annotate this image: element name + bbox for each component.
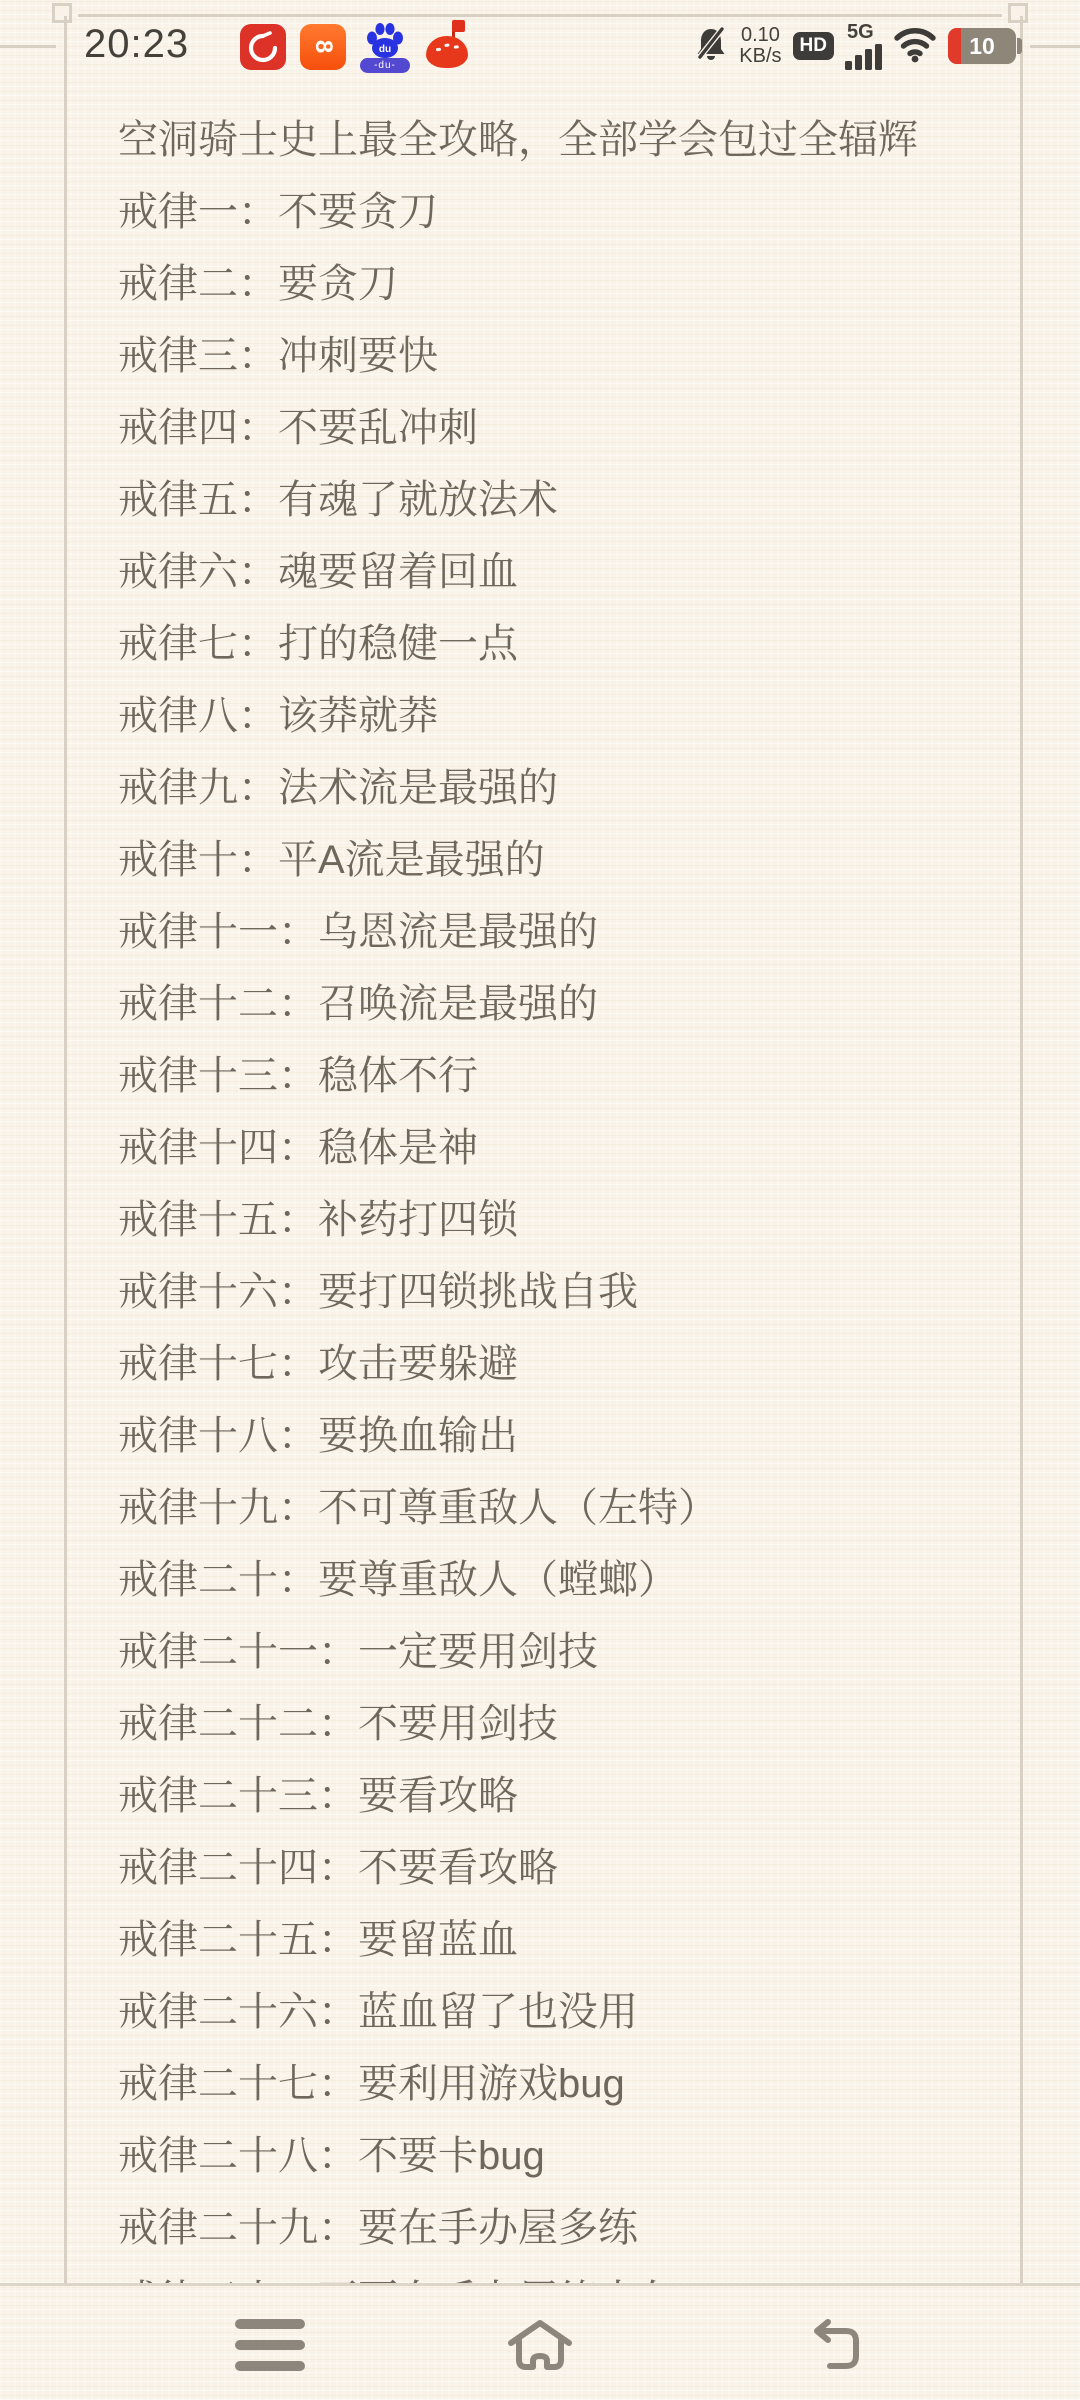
rule-line: 戒律五：有魂了就放法术 bbox=[118, 460, 1020, 532]
baidu-banner: -du- bbox=[360, 58, 410, 73]
rules-list: 戒律一：不要贪刀戒律二：要贪刀戒律三：冲刺要快戒律四：不要乱冲刺戒律五：有魂了就… bbox=[118, 172, 1020, 2283]
status-bar[interactable]: 20:23 8 du -du- bbox=[0, 0, 1080, 84]
recents-button[interactable] bbox=[200, 2286, 340, 2400]
rule-line: 戒律二十五：要留蓝血 bbox=[118, 1900, 1020, 1972]
note-title: 空洞骑士史上最全攻略，全部学会包过全辐辉 bbox=[118, 100, 1020, 172]
navigation-bar bbox=[0, 2283, 1080, 2400]
svg-text:du: du bbox=[379, 44, 391, 55]
menu-icon bbox=[235, 2319, 305, 2371]
bell-muted-icon bbox=[694, 25, 728, 68]
rule-line: 戒律十一：乌恩流是最强的 bbox=[118, 892, 1020, 964]
rule-line: 戒律二十七：要利用游戏bug bbox=[118, 2044, 1020, 2116]
netease-music-icon bbox=[240, 24, 286, 70]
network-type-label: 5G bbox=[847, 22, 874, 42]
clock: 20:23 bbox=[84, 22, 189, 67]
rule-line: 戒律二十二：不要用剑技 bbox=[118, 1684, 1020, 1756]
back-button[interactable] bbox=[766, 2286, 906, 2400]
rule-line: 戒律十四：稳体是神 bbox=[118, 1108, 1020, 1180]
battery-indicator: 10 bbox=[948, 28, 1016, 64]
signal-bars-icon bbox=[845, 44, 882, 70]
rule-line: 戒律八：该莽就莽 bbox=[118, 676, 1020, 748]
rule-line: 戒律二十九：要在手办屋多练 bbox=[118, 2188, 1020, 2260]
rule-line: 戒律九：法术流是最强的 bbox=[118, 748, 1020, 820]
rule-line: 戒律二十三：要看攻略 bbox=[118, 1756, 1020, 1828]
rule-line: 戒律三：冲刺要快 bbox=[118, 316, 1020, 388]
orange-app-icon: 8 bbox=[300, 24, 346, 70]
baidu-app-icon: du -du- bbox=[360, 21, 410, 73]
rule-line: 戒律十九：不可尊重敌人（左特） bbox=[118, 1468, 1020, 1540]
rule-line: 戒律十五：补药打四锁 bbox=[118, 1180, 1020, 1252]
network-speed-unit: KB/s bbox=[739, 46, 781, 67]
rule-line: 戒律十六：要打四锁挑战自我 bbox=[118, 1252, 1020, 1324]
rule-line: 戒律三十：不要在手办屋练太久 bbox=[118, 2260, 1020, 2283]
rule-line: 戒律十二：召唤流是最强的 bbox=[118, 964, 1020, 1036]
rule-line: 戒律十七：攻击要躲避 bbox=[118, 1324, 1020, 1396]
signal-5g-icon: 5G bbox=[845, 22, 882, 70]
rule-line: 戒律一：不要贪刀 bbox=[118, 172, 1020, 244]
battery-nub bbox=[1017, 38, 1022, 54]
wifi-icon bbox=[893, 25, 937, 68]
rule-line: 戒律二十六：蓝血留了也没用 bbox=[118, 1972, 1020, 2044]
frame-right-line bbox=[1020, 16, 1023, 2283]
network-speed: 0.10 KB/s bbox=[739, 25, 781, 67]
rule-line: 戒律二：要贪刀 bbox=[118, 244, 1020, 316]
rule-line: 戒律二十四：不要看攻略 bbox=[118, 1828, 1020, 1900]
network-speed-value: 0.10 bbox=[741, 25, 780, 46]
rule-line: 戒律四：不要乱冲刺 bbox=[118, 388, 1020, 460]
battery-level-text: 10 bbox=[948, 28, 1016, 64]
rule-line: 戒律二十：要尊重敌人（螳螂） bbox=[118, 1540, 1020, 1612]
red-flag-app-icon bbox=[424, 24, 470, 70]
home-icon bbox=[506, 2317, 574, 2373]
back-icon bbox=[804, 2318, 868, 2372]
rule-line: 戒律六：魂要留着回血 bbox=[118, 532, 1020, 604]
hd-badge: HD bbox=[793, 32, 834, 60]
notification-app-icons: 8 du -du- bbox=[240, 22, 470, 72]
rule-line: 戒律十：平A流是最强的 bbox=[118, 820, 1020, 892]
rule-line: 戒律十八：要换血输出 bbox=[118, 1396, 1020, 1468]
rule-line: 戒律二十八：不要卡bug bbox=[118, 2116, 1020, 2188]
frame-left-line bbox=[64, 16, 67, 2283]
phone-screen: 20:23 8 du -du- bbox=[0, 0, 1080, 2400]
rule-line: 戒律七：打的稳健一点 bbox=[118, 604, 1020, 676]
status-indicators: 0.10 KB/s HD 5G 10 bbox=[694, 18, 1016, 74]
rule-line: 戒律十三：稳体不行 bbox=[118, 1036, 1020, 1108]
note-content[interactable]: 空洞骑士史上最全攻略，全部学会包过全辐辉 戒律一：不要贪刀戒律二：要贪刀戒律三：… bbox=[118, 100, 1020, 2283]
home-button[interactable] bbox=[470, 2286, 610, 2400]
rule-line: 戒律二十一：一定要用剑技 bbox=[118, 1612, 1020, 1684]
